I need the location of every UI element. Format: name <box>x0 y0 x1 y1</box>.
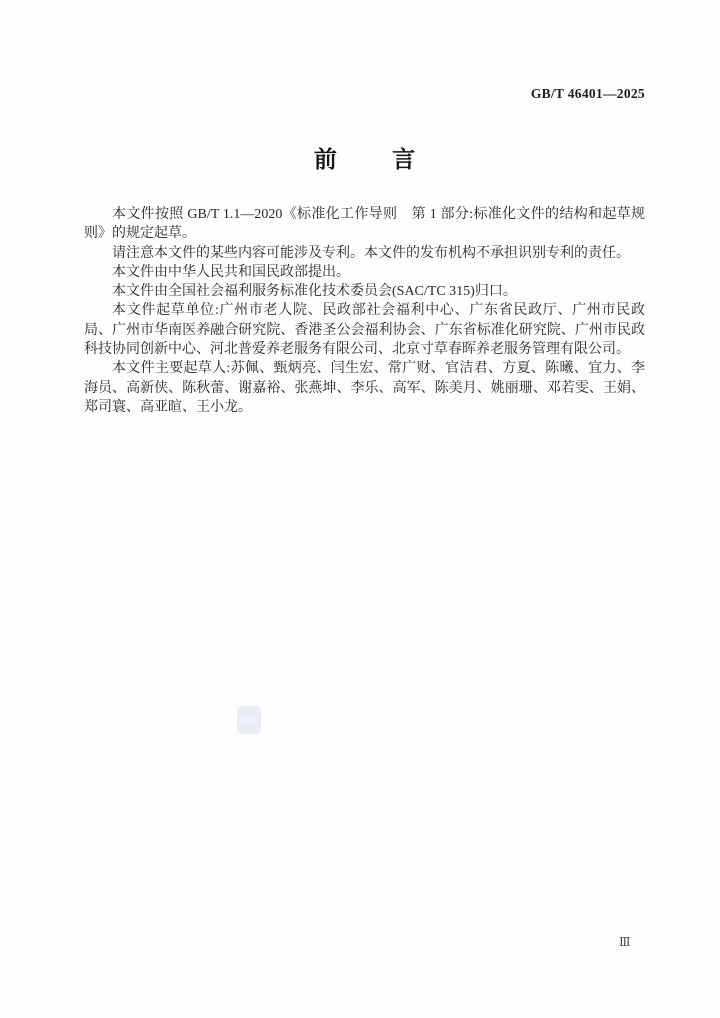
page-number: Ⅲ <box>619 935 631 950</box>
foreword-title: 前言 <box>84 141 645 174</box>
foreword-paragraph: 本文件主要起草人:苏佩、甄炳亮、闫生宏、常广财、官洁君、方夏、陈曦、宜力、李海员… <box>84 359 645 417</box>
document-page: GB/T 46401—2025 前言 本文件按照 GB/T 1.1—2020《标… <box>0 0 720 1018</box>
sac-watermark-label: SAC <box>239 715 260 725</box>
sac-watermark-icon: SAC <box>237 706 261 734</box>
foreword-body: 本文件按照 GB/T 1.1—2020《标准化工作导则 第 1 部分:标准化文件… <box>84 205 645 417</box>
foreword-paragraph: 请注意本文件的某些内容可能涉及专利。本文件的发布机构不承担识别专利的责任。 <box>84 244 645 263</box>
foreword-paragraph: 本文件由中华人民共和国民政部提出。 <box>84 263 645 282</box>
foreword-paragraph: 本文件按照 GB/T 1.1—2020《标准化工作导则 第 1 部分:标准化文件… <box>84 205 645 244</box>
foreword-paragraph: 本文件由全国社会福利服务标准化技术委员会(SAC/TC 315)归口。 <box>84 282 645 301</box>
foreword-paragraph: 本文件起草单位:广州市老人院、民政部社会福利中心、广东省民政厅、广州市民政局、广… <box>84 301 645 359</box>
standard-number-header: GB/T 46401—2025 <box>531 86 645 102</box>
